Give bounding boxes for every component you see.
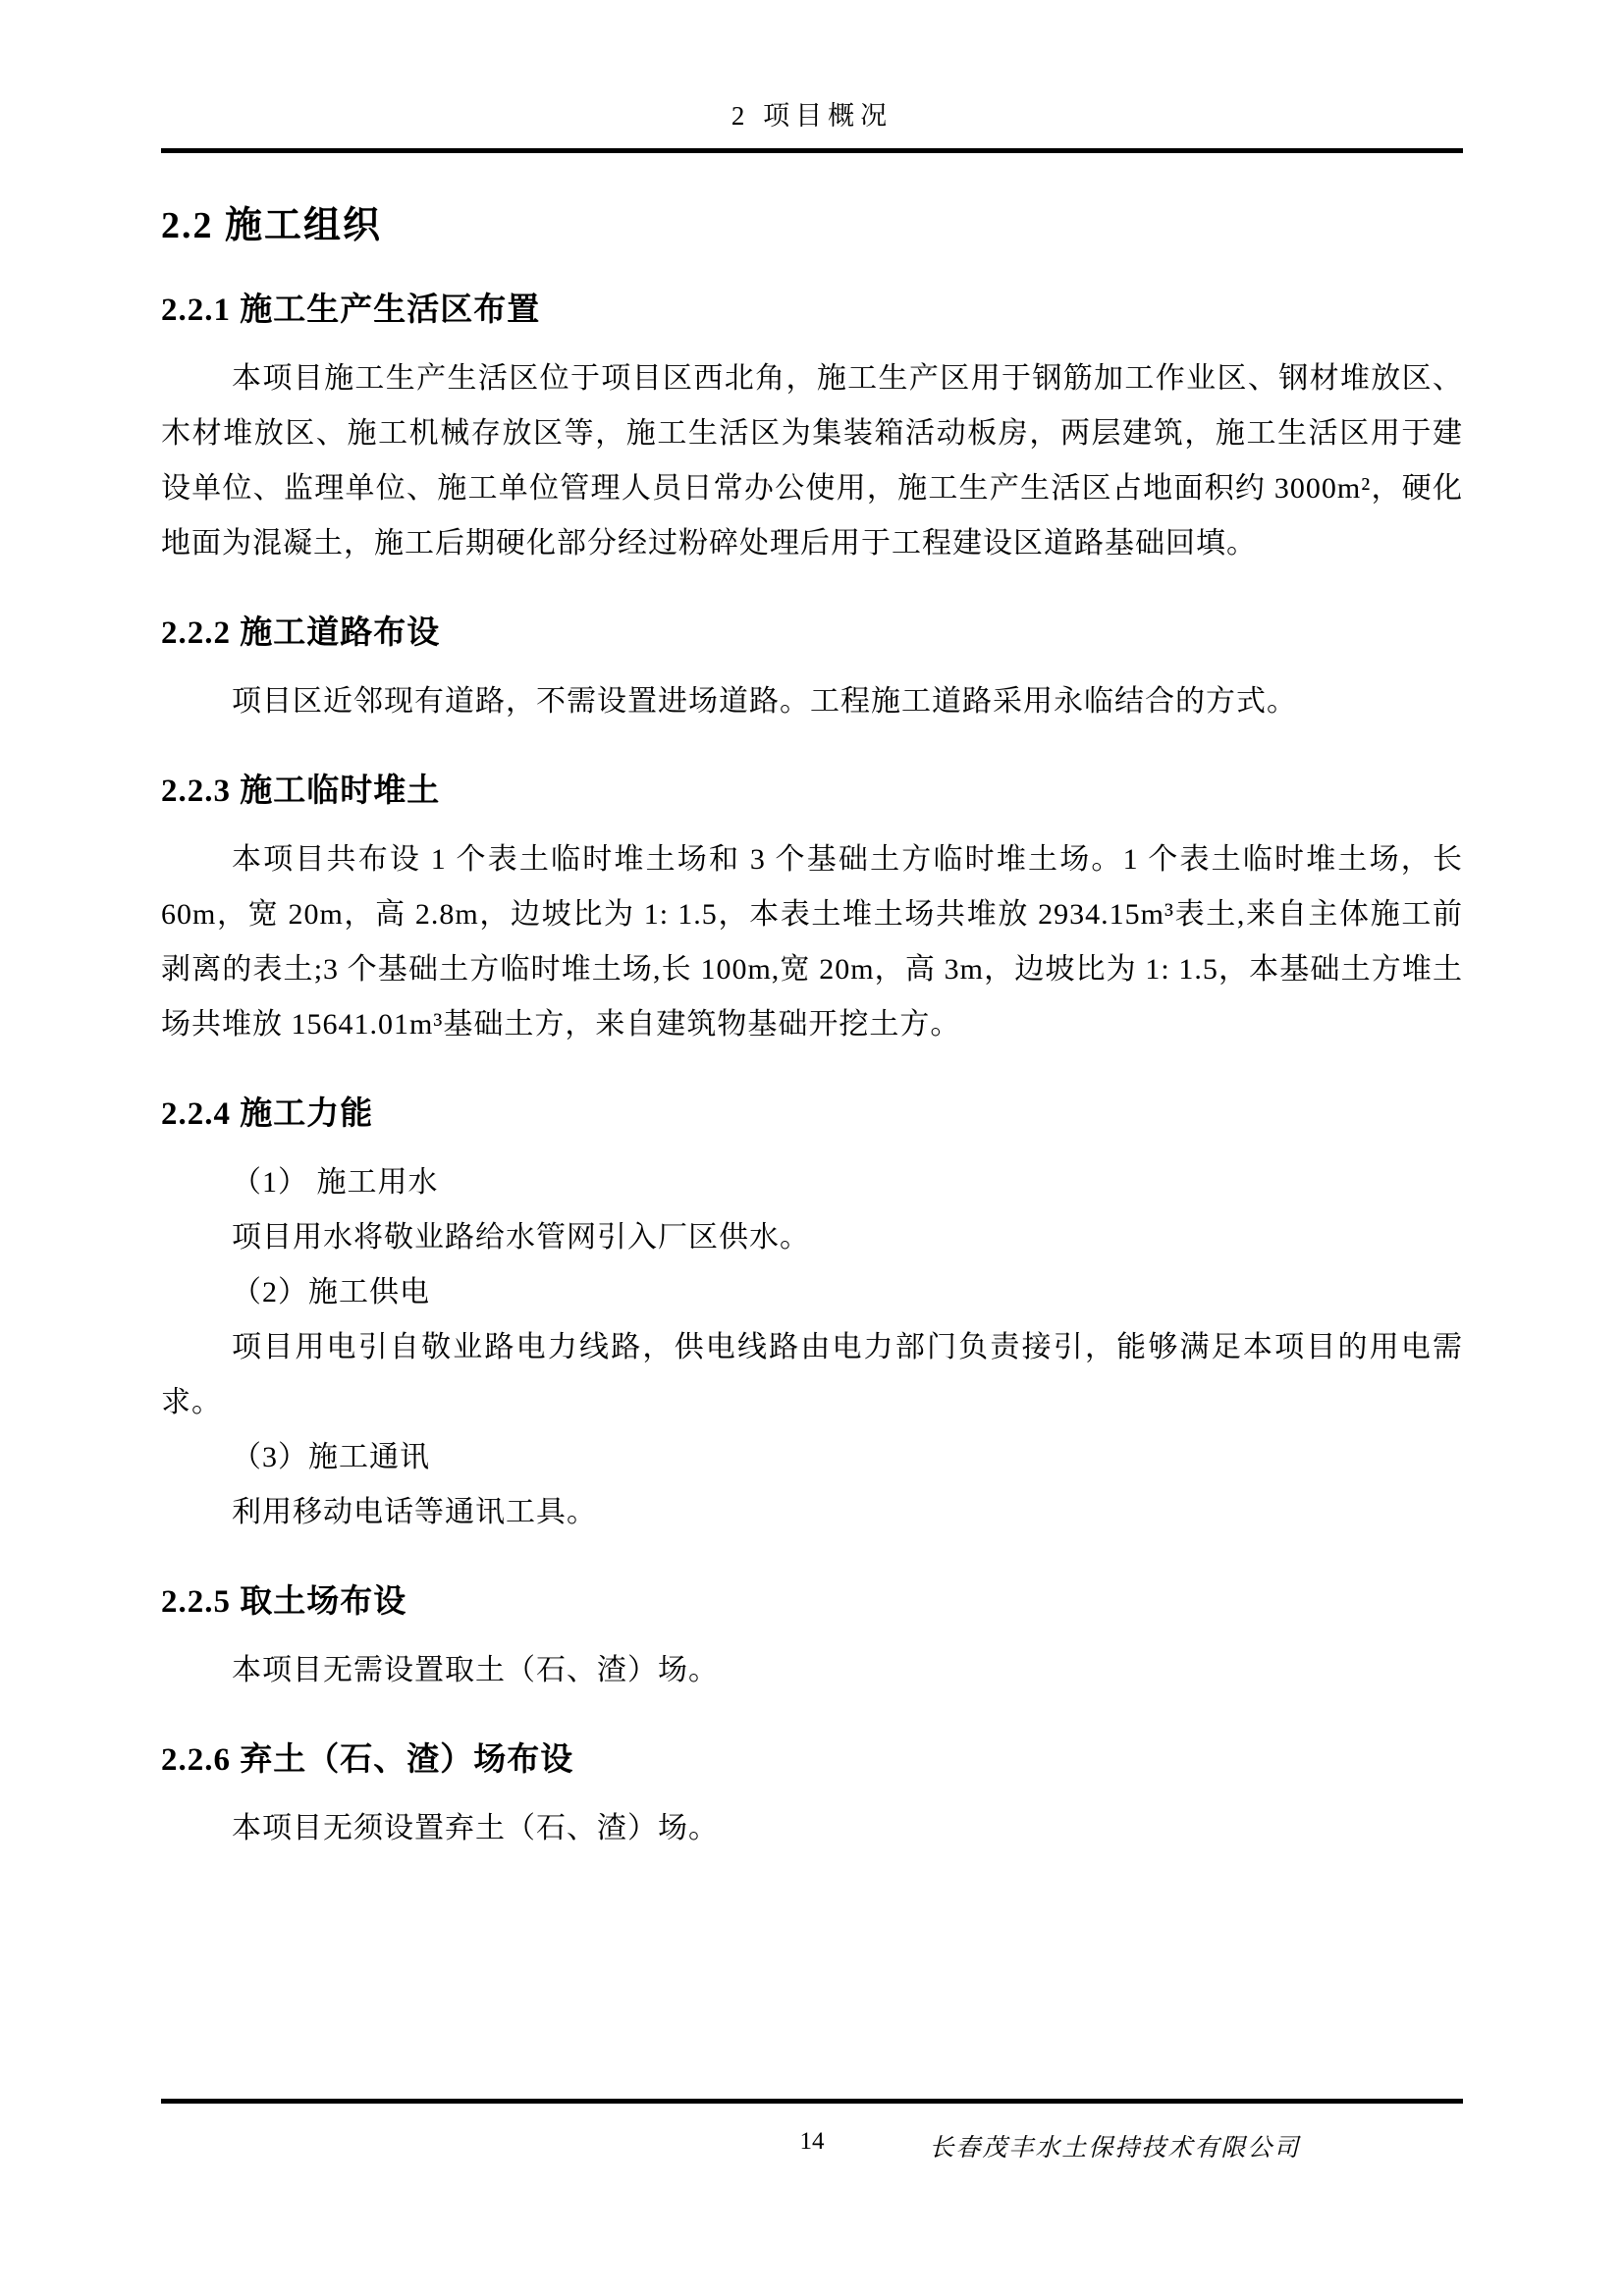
document-page: 2 项目概况 2.2 施工组织 2.2.1 施工生产生活区布置 本项目施工生产生… (0, 0, 1624, 2296)
paragraph-temp-soil: 本项目共布设 1 个表土临时堆土场和 3 个基础土方临时堆土场。1 个表土临时堆… (161, 832, 1463, 1052)
section-heading-2-2-4: 2.2.4 施工力能 (161, 1088, 1463, 1134)
subitem-water-title: （1） 施工用水 (161, 1155, 1463, 1210)
paragraph-roads: 项目区近邻现有道路，不需设置进场道路。工程施工道路采用永临结合的方式。 (161, 674, 1463, 729)
paragraph-site-layout: 本项目施工生产生活区位于项目区西北角，施工生产区用于钢筋加工作业区、钢材堆放区、… (161, 351, 1463, 571)
section-heading-2-2: 2.2 施工组织 (161, 194, 1463, 248)
paragraph-borrow-area: 本项目无需设置取土（石、渣）场。 (161, 1643, 1463, 1698)
subitem-telecom-title: （3）施工通讯 (161, 1430, 1463, 1485)
header-title: 2 项目概况 (731, 101, 893, 131)
section-heading-2-2-2: 2.2.2 施工道路布设 (161, 607, 1463, 653)
page-content: 2 项目概况 2.2 施工组织 2.2.1 施工生产生活区布置 本项目施工生产生… (161, 0, 1463, 1856)
subitem-power-title: （2）施工供电 (161, 1265, 1463, 1320)
footer-company-name: 长春茂丰水土保持技术有限公司 (929, 2128, 1300, 2163)
footer-rule (161, 2099, 1463, 2104)
section-heading-2-2-6: 2.2.6 弃土（石、渣）场布设 (161, 1734, 1463, 1780)
page-header: 2 项目概况 (161, 0, 1463, 133)
paragraph-telecom: 利用移动电话等通讯工具。 (161, 1485, 1463, 1540)
paragraph-power: 项目用电引自敬业路电力线路，供电线路由电力部门负责接引，能够满足本项目的用电需求… (161, 1320, 1463, 1430)
section-heading-2-2-3: 2.2.3 施工临时堆土 (161, 765, 1463, 811)
header-rule (161, 148, 1463, 153)
paragraph-spoil-area: 本项目无须设置弃土（石、渣）场。 (161, 1801, 1463, 1856)
section-heading-2-2-5: 2.2.5 取土场布设 (161, 1575, 1463, 1622)
section-heading-2-2-1: 2.2.1 施工生产生活区布置 (161, 284, 1463, 330)
paragraph-water: 项目用水将敬业路给水管网引入厂区供水。 (161, 1210, 1463, 1265)
page-number: 14 (800, 2128, 825, 2156)
page-footer: 14 长春茂丰水土保持技术有限公司 (161, 2128, 1463, 2167)
